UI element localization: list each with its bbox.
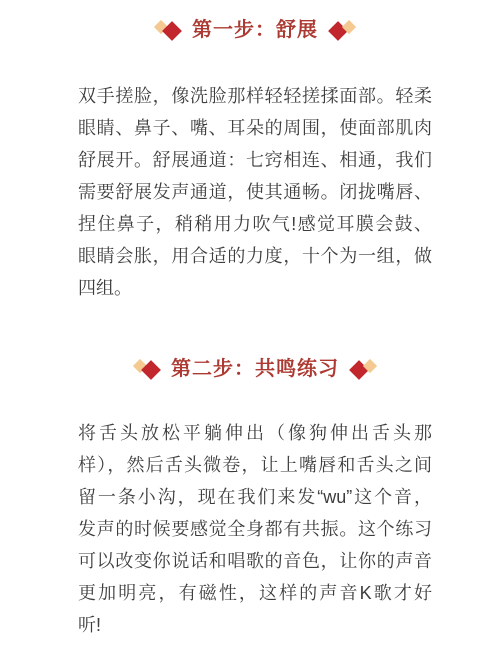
- paragraph-line: 需要舒展发声通道，使其通畅。闭拢嘴唇、: [78, 176, 432, 208]
- paragraph-line: 双手搓脸，像洗脸那样轻轻搓揉面部。轻柔: [78, 80, 432, 112]
- header-ornament-right: [327, 16, 357, 44]
- section-step-2: 第二步：共鸣练习 将舌头放松平躺伸出（像狗伸出舌头那 样），然后舌头微卷，让上嘴…: [78, 351, 432, 641]
- paragraph-line: 眼睛、鼻子、嘴、耳朵的周围，使面部肌肉: [78, 112, 432, 144]
- header-ornament-left: [153, 16, 183, 44]
- header-ornament-right: [348, 355, 378, 383]
- paragraph-line: 捏住鼻子，稍稍用力吹气!感觉耳膜会鼓、: [78, 208, 432, 240]
- step-1-paragraph: 双手搓脸，像洗脸那样轻轻搓揉面部。轻柔 眼睛、鼻子、嘴、耳朵的周围，使面部肌肉 …: [78, 80, 432, 304]
- paragraph-line: 发声的时候要感觉全身都有共振。这个练习: [78, 513, 432, 545]
- step-1-title: 第一步：舒展: [192, 12, 318, 48]
- paragraph-line: 将舌头放松平躺伸出（像狗伸出舌头那: [78, 417, 432, 449]
- paragraph-line: 舒展开。舒展通道：七窍相连、相通，我们: [78, 144, 432, 176]
- paragraph-line: 四组。: [78, 272, 432, 304]
- header-ornament-left: [132, 355, 162, 383]
- section-step-1: 第一步：舒展 双手搓脸，像洗脸那样轻轻搓揉面部。轻柔 眼睛、鼻子、嘴、耳朵的周围…: [78, 12, 432, 304]
- step-2-title: 第二步：共鸣练习: [171, 351, 339, 387]
- step-1-header: 第一步：舒展: [78, 12, 432, 48]
- paragraph-line: 听!: [78, 609, 432, 641]
- paragraph-line: 留一条小沟，现在我们来发“wu”这个音，: [78, 481, 432, 513]
- article-page: 第一步：舒展 双手搓脸，像洗脸那样轻轻搓揉面部。轻柔 眼睛、鼻子、嘴、耳朵的周围…: [0, 0, 500, 653]
- paragraph-line: 更加明亮，有磁性，这样的声音K歌才好: [78, 577, 432, 609]
- paragraph-line: 样），然后舌头微卷，让上嘴唇和舌头之间: [78, 449, 432, 481]
- paragraph-line: 可以改变你说话和唱歌的音色，让你的声音: [78, 545, 432, 577]
- step-2-header: 第二步：共鸣练习: [78, 351, 432, 387]
- step-2-paragraph: 将舌头放松平躺伸出（像狗伸出舌头那 样），然后舌头微卷，让上嘴唇和舌头之间 留一…: [78, 417, 432, 641]
- paragraph-line: 眼睛会胀，用合适的力度，十个为一组，做: [78, 240, 432, 272]
